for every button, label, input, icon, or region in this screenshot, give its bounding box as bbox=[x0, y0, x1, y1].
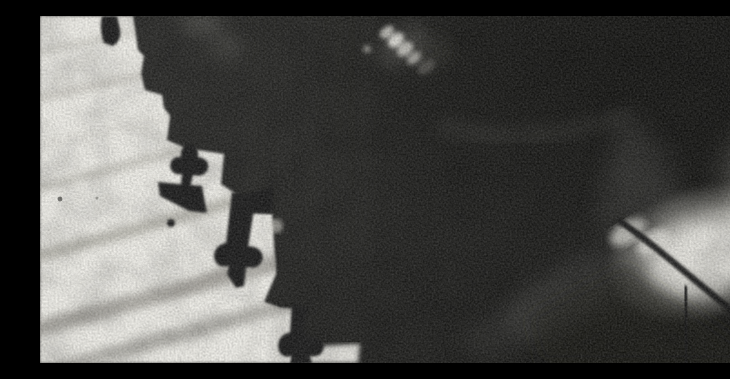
film-grain bbox=[40, 16, 730, 363]
photo-canvas bbox=[40, 16, 730, 363]
ghost-staircase-photograph bbox=[40, 16, 730, 363]
grain-dark bbox=[40, 16, 730, 363]
